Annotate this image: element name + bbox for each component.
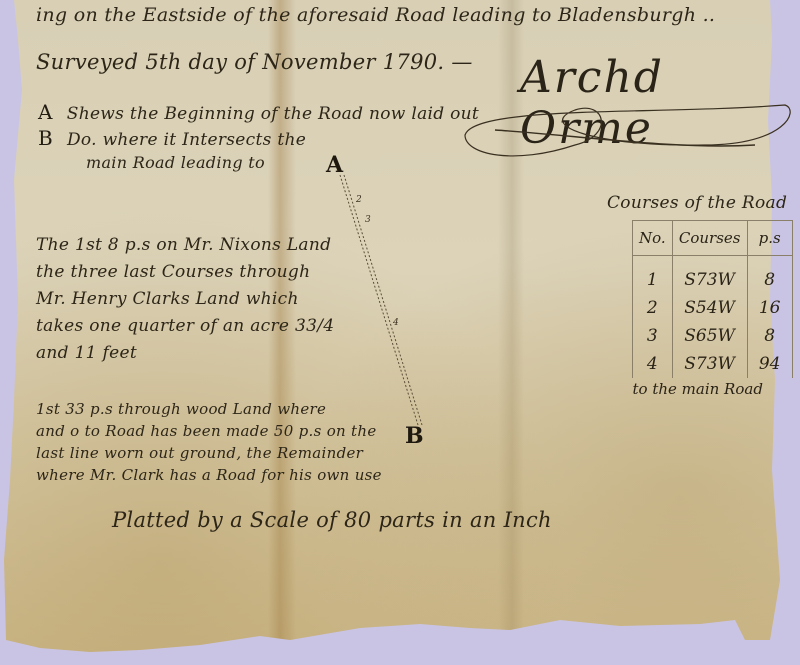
note-line: Mr. Henry Clarks Land which: [36, 286, 334, 313]
cell-perches: 16: [747, 294, 792, 322]
header-courses: Courses: [672, 221, 747, 256]
point-a-label: A: [326, 152, 343, 178]
course-mark-2: 2: [355, 195, 362, 205]
table-row: 2 S54W 16: [633, 294, 793, 322]
header-no: No.: [633, 221, 673, 256]
cell-perches: 8: [747, 256, 792, 295]
course-mark-4: 4: [392, 318, 399, 328]
table-row: 4 S73W 94: [633, 350, 793, 378]
cell-course: S73W: [672, 350, 747, 378]
header-perches: p.s: [747, 221, 792, 256]
note-line: takes one quarter of an acre 33/4: [36, 313, 334, 340]
cell-no: 1: [633, 256, 673, 295]
table-footer: to the main Road: [633, 378, 793, 400]
notes-block-1: The 1st 8 p.s on Mr. Nixons Land the thr…: [36, 232, 334, 367]
note-line: the three last Courses through: [36, 259, 334, 286]
cell-no: 4: [633, 350, 673, 378]
courses-table-title: Courses of the Road: [607, 193, 787, 213]
notes-block-2: 1st 33 p.s through wood Land where and o…: [36, 398, 382, 486]
cell-course: S73W: [672, 256, 747, 295]
table-row: 3 S65W 8: [633, 322, 793, 350]
scale-note: Platted by a Scale of 80 parts in an Inc…: [112, 508, 552, 532]
note-line: last line worn out ground, the Remainder: [36, 442, 382, 464]
cell-no: 3: [633, 322, 673, 350]
note-line: where Mr. Clark has a Road for his own u…: [36, 464, 382, 486]
table-footer-row: to the main Road: [633, 378, 793, 400]
cell-perches: 8: [747, 322, 792, 350]
note-line: The 1st 8 p.s on Mr. Nixons Land: [36, 232, 334, 259]
note-line: 1st 33 p.s through wood Land where: [36, 398, 382, 420]
note-line: and o to Road has been made 50 p.s on th…: [36, 420, 382, 442]
course-mark-3: 3: [365, 215, 371, 225]
cell-no: 2: [633, 294, 673, 322]
note-line: and 11 feet: [36, 340, 334, 367]
courses-table: No. Courses p.s 1 S73W 8 2 S54W 16 3 S65…: [632, 220, 793, 400]
table-row: 1 S73W 8: [633, 256, 793, 295]
cell-perches: 94: [747, 350, 792, 378]
point-b-label: B: [405, 423, 424, 449]
cell-course: S65W: [672, 322, 747, 350]
cell-course: S54W: [672, 294, 747, 322]
